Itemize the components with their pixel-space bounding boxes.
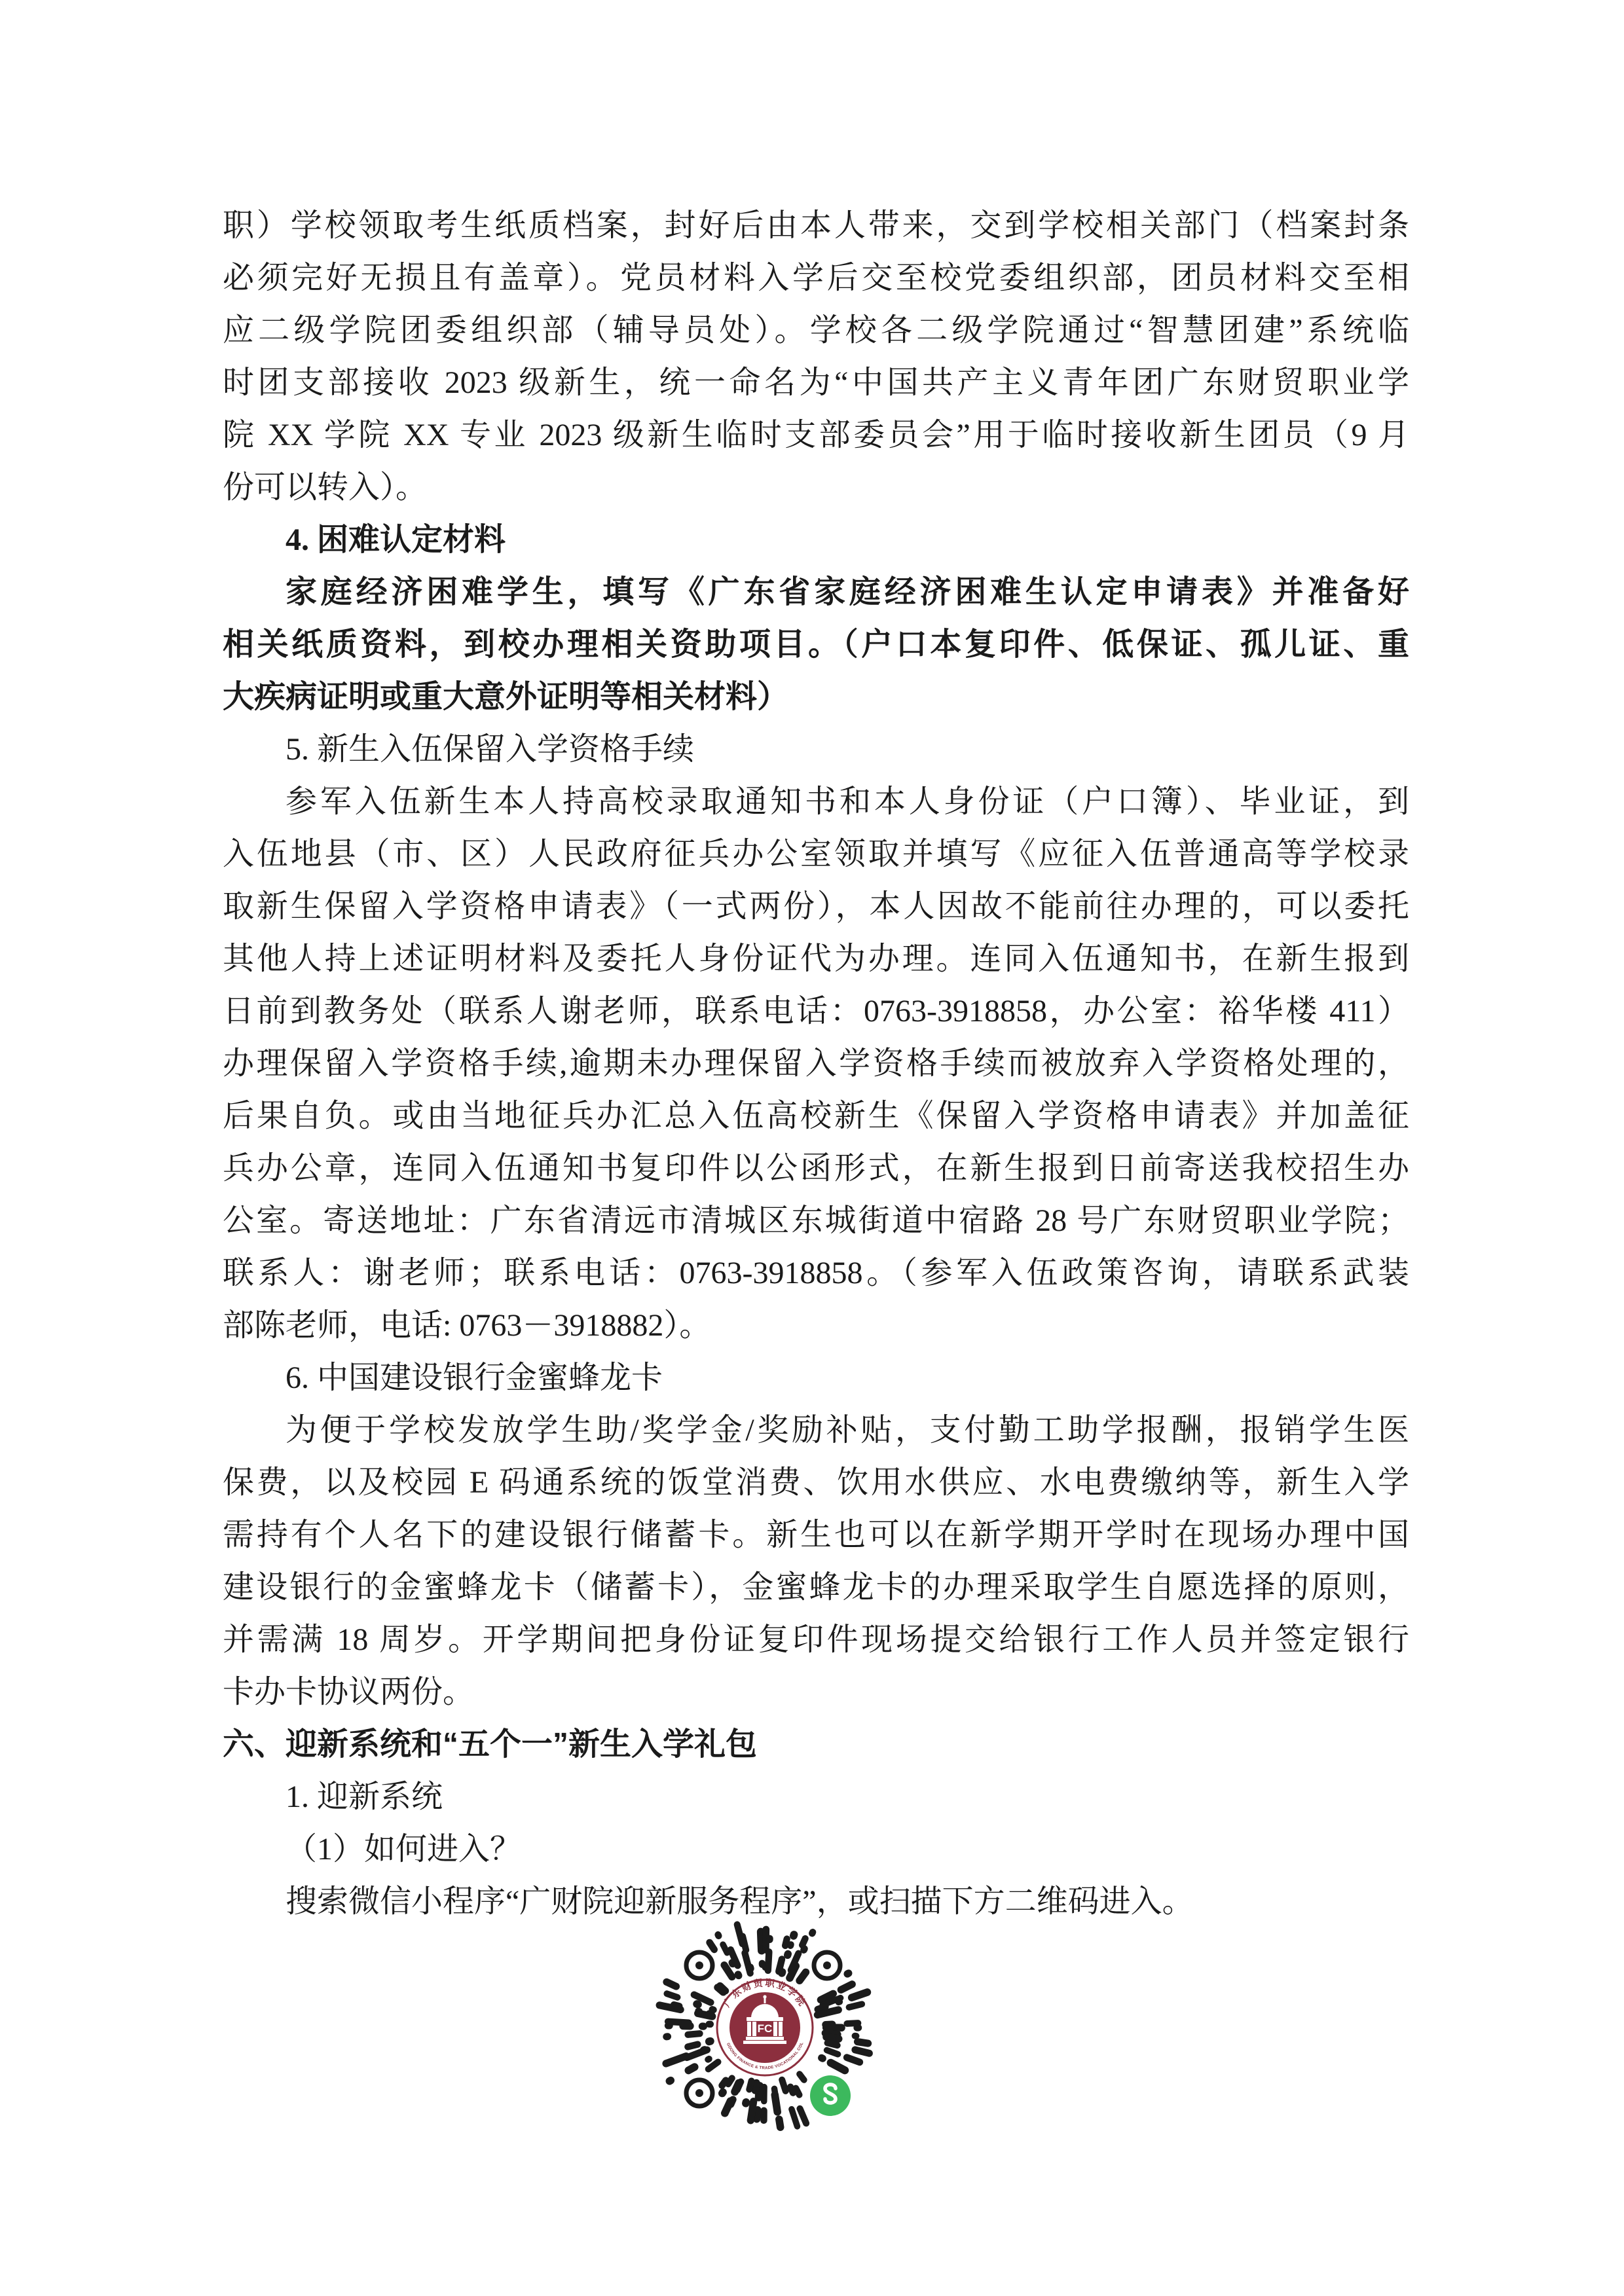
doc-line: 取新生保留入学资格申请表》（一式两份），本人因故不能前往办理的，可以委托 (223, 881, 1409, 933)
doc-line: 4. 困难认定材料 (223, 514, 1409, 566)
doc-line: 日前到教务处（联系人谢老师，联系电话：0763-3918858，办公室：裕华楼 … (223, 985, 1409, 1038)
doc-line: 应二级学院团委组织部（辅导员处）。学校各二级学院通过“智慧团建”系统临 (223, 304, 1409, 357)
doc-line: 公室。寄送地址：广东省清远市清城区东城街道中宿路 28 号广东财贸职业学院； (223, 1195, 1409, 1247)
doc-line: 并需满 18 周岁。开学期间把身份证复印件现场提交给银行工作人员并签定银行 (223, 1614, 1409, 1666)
doc-line: 建设银行的金蜜蜂龙卡（储蓄卡），金蜜蜂龙卡的办理采取学生自愿选择的原则， (223, 1561, 1409, 1614)
doc-line: 其他人持上述证明材料及委托人身份证代为办理。连同入伍通知书，在新生报到 (223, 933, 1409, 985)
doc-line: 入伍地县（市、区）人民政府征兵办公室领取并填写《应征入伍普通高等学校录 (223, 828, 1409, 881)
college-logo: FC 广东财贸职业学院 GUANGDONG FINANCE & TRADE VO… (717, 1977, 813, 2075)
doc-line: 卡办卡协议两份。 (223, 1666, 1409, 1719)
doc-line: 院 XX 学院 XX 专业 2023 级新生临时支部委员会”用于临时接收新生团员… (223, 409, 1409, 462)
document-body: 职）学校领取考生纸质档案，封好后由本人带来，交到学校相关部门（档案封条必须完好无… (223, 200, 1409, 1928)
doc-line: 时团支部接收 2023 级新生，统一命名为“中国共产主义青年团广东财贸职业学 (223, 357, 1409, 409)
doc-line: 保费，以及校园 E 码通系统的饭堂消费、饮用水供应、水电费缴纳等，新生入学 (223, 1457, 1409, 1509)
doc-line: 职）学校领取考生纸质档案，封好后由本人带来，交到学校相关部门（档案封条 (223, 200, 1409, 252)
document-page: 职）学校领取考生纸质档案，封好后由本人带来，交到学校相关部门（档案封条必须完好无… (0, 0, 1624, 2296)
wechat-miniprogram-icon (810, 2075, 851, 2116)
doc-line: 必须完好无损且有盖章）。党员材料入学后交至校党委组织部，团员材料交至相 (223, 252, 1409, 304)
doc-line: 份可以转入）。 (223, 462, 1409, 514)
wechat-qr-code: FC 广东财贸职业学院 GUANGDONG FINANCE & TRADE VO… (654, 1916, 876, 2139)
doc-line: 部陈老师，电话: 0763－3918882）。 (223, 1300, 1409, 1352)
doc-line: 相关纸质资料，到校办理相关资助项目。（户口本复印件、低保证、孤儿证、重 (223, 619, 1409, 671)
doc-line: 兵办公章，连同入伍通知书复印件以公函形式，在新生报到日前寄送我校招生办 (223, 1142, 1409, 1195)
doc-line: 联系人：谢老师；联系电话：0763-3918858。（参军入伍政策咨询，请联系武… (223, 1247, 1409, 1300)
section-heading: 六、迎新系统和“五个一”新生入学礼包 (223, 1719, 1409, 1771)
doc-line: （1）如何进入？ (223, 1823, 1409, 1876)
doc-line: 家庭经济困难学生，填写《广东省家庭经济困难生认定申请表》并准备好 (223, 566, 1409, 619)
doc-line: 办理保留入学资格手续,逾期未办理保留入学资格手续而被放弃入学资格处理的， (223, 1038, 1409, 1090)
doc-line: 需持有个人名下的建设银行储蓄卡。新生也可以在新学期开学时在现场办理中国 (223, 1509, 1409, 1561)
doc-line: 后果自负。或由当地征兵办汇总入伍高校新生《保留入学资格申请表》并加盖征 (223, 1090, 1409, 1142)
doc-line: 6. 中国建设银行金蜜蜂龙卡 (223, 1352, 1409, 1404)
doc-line: 1. 迎新系统 (223, 1771, 1409, 1823)
doc-line: 为便于学校发放学生助/奖学金/奖励补贴，支付勤工助学报酬，报销学生医 (223, 1404, 1409, 1457)
doc-line: 大疾病证明或重大意外证明等相关材料） (223, 671, 1409, 723)
doc-line: 参军入伍新生本人持高校录取通知书和本人身份证（户口簿）、毕业证，到 (223, 776, 1409, 828)
logo-monogram: FC (758, 2022, 773, 2035)
doc-line: 5. 新生入伍保留入学资格手续 (223, 723, 1409, 776)
